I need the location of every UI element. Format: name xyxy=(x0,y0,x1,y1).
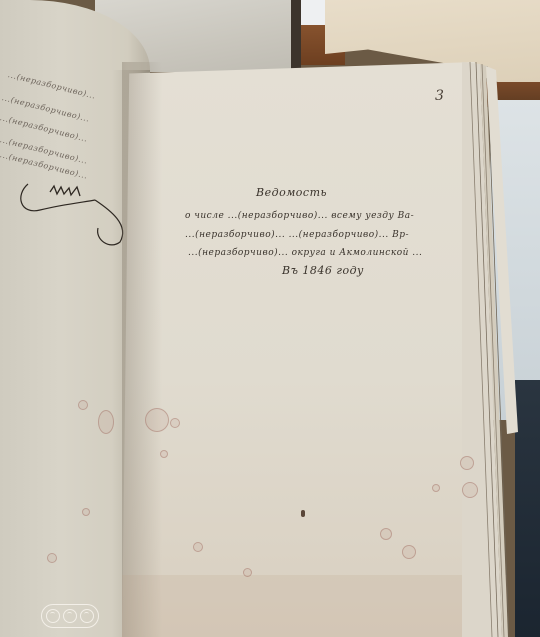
circle-icon xyxy=(63,609,77,623)
stain xyxy=(78,400,88,410)
stain xyxy=(193,542,203,552)
stain xyxy=(432,484,440,492)
stain xyxy=(160,450,168,458)
document-text-line: о числе ...(неразборчиво)... всему уезду… xyxy=(185,211,414,221)
stain xyxy=(243,568,252,577)
stain xyxy=(170,418,180,428)
three-circle-button[interactable] xyxy=(41,604,99,628)
right-page-gutter-shadow xyxy=(122,62,162,637)
signature-icon xyxy=(10,170,130,250)
circle-icon xyxy=(46,609,60,623)
stain xyxy=(460,456,474,470)
stain xyxy=(380,528,392,540)
stain xyxy=(462,482,478,498)
stain xyxy=(82,508,90,516)
background-gap xyxy=(291,0,301,70)
page-number: 3 xyxy=(435,88,444,104)
stacked-page-edges xyxy=(462,62,522,637)
stain xyxy=(98,410,114,434)
stain xyxy=(145,408,169,432)
circle-icon xyxy=(80,609,94,623)
document-year-line: Въ 1846 году xyxy=(282,264,364,277)
right-page xyxy=(122,62,482,637)
stain xyxy=(47,553,57,563)
stain xyxy=(402,545,416,559)
document-heading: Ведомость xyxy=(256,186,327,199)
page-discoloration xyxy=(122,575,507,637)
document-text-line: ...(неразборчиво)... ...(неразборчиво)..… xyxy=(185,230,409,240)
document-text-line: ...(неразборчиво)... округа и Акмолинско… xyxy=(188,248,422,258)
ink-spot xyxy=(301,510,305,517)
